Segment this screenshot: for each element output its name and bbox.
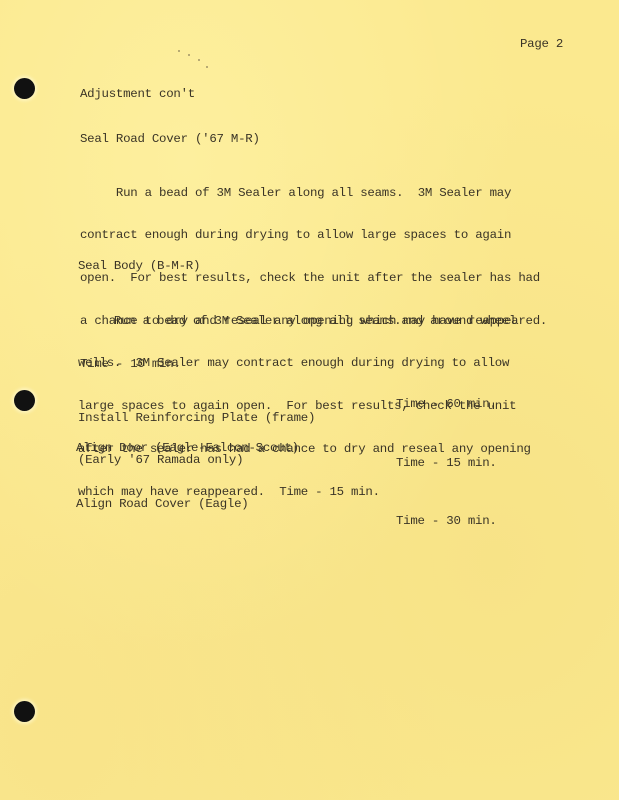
paper-specks: [176, 48, 216, 72]
item-title-reinforcing-plate: Install Reinforcing Plate (frame) (Early…: [78, 382, 315, 482]
body-line: wells. 3M Sealer may contract enough dur…: [78, 356, 531, 370]
item-title-seal-body: Seal Body (B-M-R): [78, 259, 200, 273]
item-title-align-door: Align Door (Eagle-Falcon-Scout): [76, 441, 299, 455]
body-line: Run a bead of 3M Sealer along all seams.…: [80, 186, 547, 200]
item-time-reinforcing-plate: Time - 60 min.: [396, 397, 497, 411]
body-line: Run a bead of 3M Sealer along all seams.…: [78, 314, 531, 328]
body-line: contract enough during drying to allow l…: [80, 228, 547, 242]
title-line: (Early '67 Ramada only): [78, 453, 315, 467]
punch-hole-top: [14, 78, 35, 99]
punch-hole-bottom: [14, 701, 35, 722]
title-line: Install Reinforcing Plate (frame): [78, 411, 315, 425]
section-heading: Adjustment con't: [80, 87, 195, 101]
page-number: Page 2: [520, 37, 563, 51]
item-title-align-road-cover: Align Road Cover (Eagle): [76, 497, 248, 511]
item-time-align-road-cover: Time - 30 min.: [396, 514, 497, 528]
item-time-align-door: Time - 15 min.: [396, 456, 497, 470]
punch-hole-middle: [14, 390, 35, 411]
body-line: open. For best results, check the unit a…: [80, 271, 547, 285]
item-title-seal-road-cover: Seal Road Cover ('67 M-R): [80, 132, 260, 146]
